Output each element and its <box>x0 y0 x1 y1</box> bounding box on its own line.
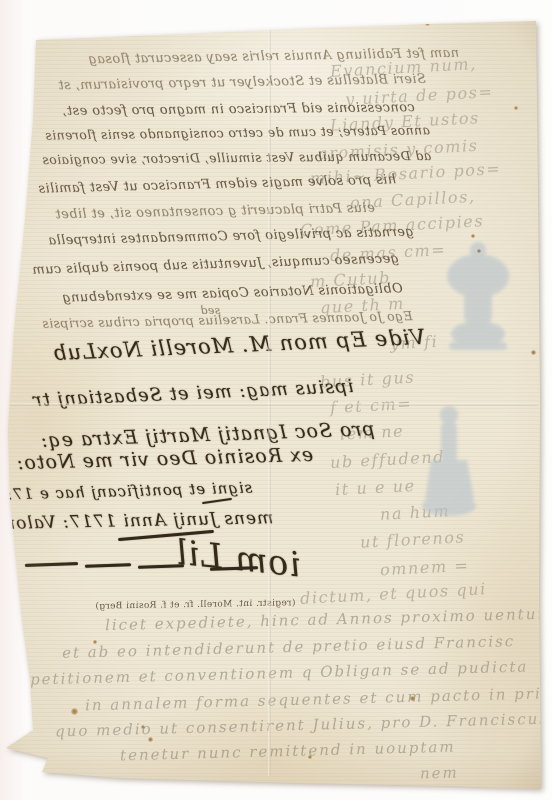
underlay-line: dictum, et quos qui <box>300 581 488 607</box>
foxing-spot <box>410 696 415 701</box>
manuscript-page: Evancium num, y uirta de pos= Liandy Et … <box>0 0 552 800</box>
foxing-spot <box>425 21 430 26</box>
underlay-line: ut florenos <box>360 529 466 550</box>
foxing-spot <box>308 755 312 759</box>
bleedthrough-line: his pro solve magis eidem Francisco ut V… <box>38 173 396 195</box>
underlay-line: f et cm= <box>330 396 413 416</box>
bleedthrough-line: ad Decanum quibus Vest simuille, Directo… <box>42 150 431 167</box>
foxing-spot <box>148 737 153 742</box>
foxing-spot <box>477 249 481 253</box>
bleedthrough-line: concessionis eid Francisco in magno pro … <box>62 101 415 118</box>
dark-bleedthrough-line: Vide Ep mon M. Morelli NoxLub <box>52 327 426 364</box>
underlay-line: quo medio ut consentirent Julius, pro D.… <box>55 712 549 740</box>
blue-ink-stamp-lower-icon <box>418 402 482 522</box>
underlay-line: omnem = <box>380 558 470 579</box>
underlay-line: petitionem et conventionem q Obligan se … <box>30 659 529 687</box>
bleedthrough-line: annos Patere; et cum de cetro consignand… <box>45 124 430 142</box>
underlay-line: in annalem forma sequentes et cum pacto … <box>85 686 552 714</box>
underlay-line: et ab eo intendiderunt de pretio eiusd F… <box>62 634 516 661</box>
document-scan: Evancium num, y uirta de pos= Liandy Et … <box>0 0 552 800</box>
dark-bleedthrough-line: ex Rosinio Deo vir me Noto: <box>16 446 314 473</box>
fold-crease-bottom <box>30 772 535 774</box>
underlay-line: tenetur nunc remittend in uouptam <box>120 740 456 764</box>
foxing-spot <box>71 708 78 715</box>
foxing-spot <box>471 234 475 238</box>
ink-underline <box>202 498 232 504</box>
separator-dash <box>25 562 78 567</box>
blue-ink-stamp-upper-icon <box>435 238 520 356</box>
paper-shadow: Evancium num, y uirta de pos= Liandy Et … <box>0 0 552 800</box>
foxing-spot <box>514 106 518 110</box>
underlay-line: it u e ue <box>335 478 416 498</box>
separator-dash <box>85 563 131 568</box>
printed-registration-line: (registr. int. Morell. fr. et f. Rosini … <box>95 599 296 611</box>
dark-bleedthrough-line: ipsius mag: mei et Sebastianj tr <box>32 378 354 410</box>
underlay-line: nem <box>420 765 459 781</box>
foxing-spot <box>93 640 97 644</box>
foxing-spot <box>141 725 145 729</box>
signature-flourish: iom Lil <box>174 536 303 583</box>
dark-bleedthrough-line: mens Junij Anni 1717: Valor <box>6 510 273 533</box>
foxing-spot <box>531 350 536 355</box>
